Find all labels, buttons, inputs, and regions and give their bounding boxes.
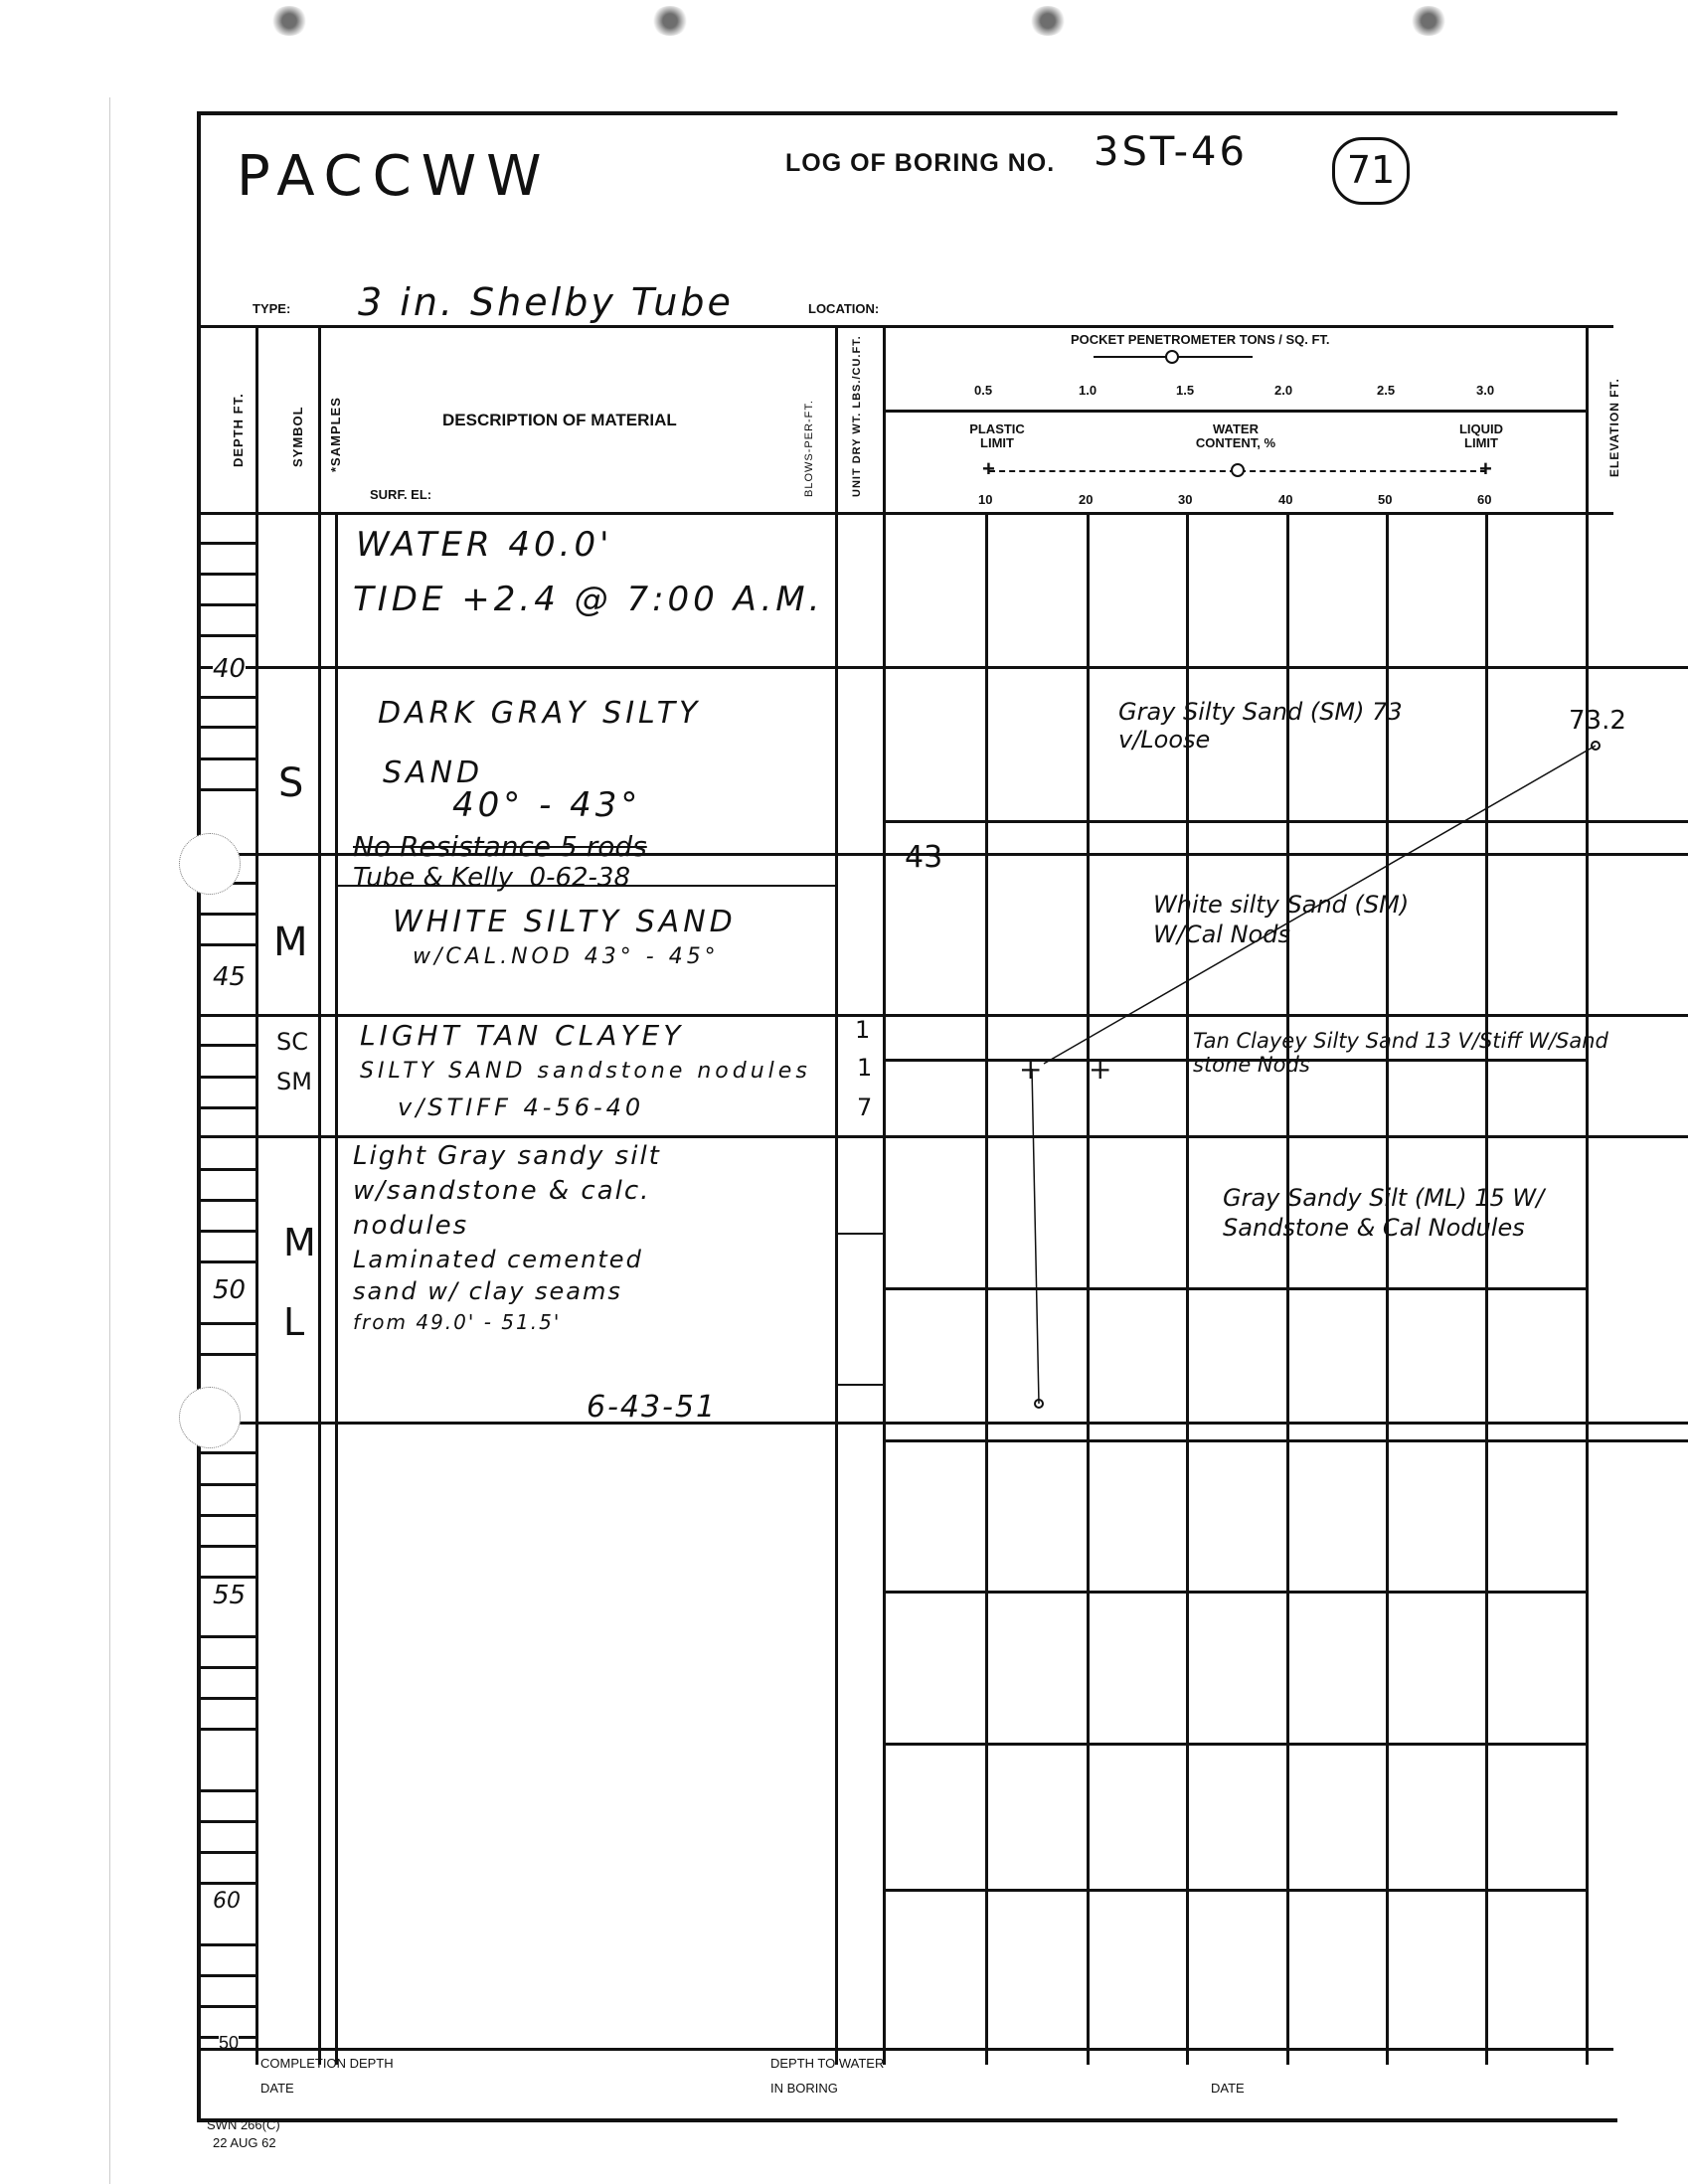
svg-text:+: + [1089, 1053, 1111, 1086]
form-number: SWN 266(C) [207, 2117, 280, 2132]
plot-lines: + + [0, 0, 1688, 2184]
footer-divider [197, 2048, 1613, 2051]
date-label: DATE [260, 2081, 294, 2096]
depth-to-water-label: DEPTH TO WATER [770, 2056, 884, 2071]
svg-text:+: + [1019, 1053, 1042, 1086]
in-boring-label: IN BORING [770, 2081, 838, 2096]
date-label-2: DATE [1211, 2081, 1245, 2096]
completion-depth-label: COMPLETION DEPTH [260, 2056, 394, 2071]
form-date: 22 AUG 62 [213, 2135, 276, 2150]
